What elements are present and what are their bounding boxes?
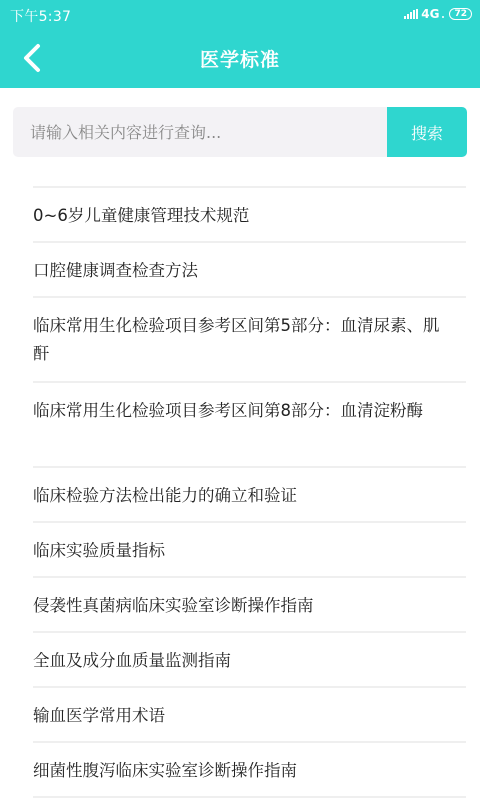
- status-bar: 下午5:37 4G 72: [0, 0, 480, 30]
- list-item-label: 侵袭性真菌病临床实验室诊断操作指南: [33, 592, 466, 620]
- search-button[interactable]: 搜索: [387, 107, 467, 157]
- list-item[interactable]: 临床实验质量指标: [33, 523, 466, 578]
- signal-icon: [404, 9, 418, 19]
- list-item-label: 口腔健康调查检查方法: [33, 257, 466, 285]
- search-input[interactable]: [13, 107, 387, 157]
- list-item-label: 临床常用生化检验项目参考区间第8部分：血清淀粉酶: [33, 397, 466, 425]
- network-type: 4G: [421, 7, 439, 21]
- standards-list: 0~6岁儿童健康管理技术规范 口腔健康调查检查方法 临床常用生化检验项目参考区间…: [33, 186, 466, 798]
- page-title: 医学标准: [0, 45, 480, 72]
- status-time: 下午5:37: [10, 6, 71, 26]
- list-item[interactable]: 临床检验方法检出能力的确立和验证: [33, 468, 466, 523]
- network-activity-icon: [442, 16, 444, 18]
- list-item[interactable]: 临床常用生化检验项目参考区间第5部分：血清尿素、肌酐: [33, 298, 466, 383]
- list-item[interactable]: 侵袭性真菌病临床实验室诊断操作指南: [33, 578, 466, 633]
- list-item-label: 全血及成分血质量监测指南: [33, 647, 466, 675]
- status-indicators: 4G 72: [404, 7, 472, 21]
- list-item-label: 临床检验方法检出能力的确立和验证: [33, 482, 466, 510]
- list-item-label: 细菌性腹泻临床实验室诊断操作指南: [33, 757, 466, 785]
- list-item-label: 0~6岁儿童健康管理技术规范: [33, 202, 466, 230]
- list-item[interactable]: 口腔健康调查检查方法: [33, 243, 466, 298]
- list-item[interactable]: 输血医学常用术语: [33, 688, 466, 743]
- list-item[interactable]: 0~6岁儿童健康管理技术规范: [33, 188, 466, 243]
- list-item-label: 临床常用生化检验项目参考区间第5部分：血清尿素、肌酐: [33, 312, 466, 368]
- search-bar: 搜索: [13, 107, 467, 157]
- battery-level: 72: [454, 9, 467, 19]
- list-item-label: 输血医学常用术语: [33, 702, 466, 730]
- list-item-label: 临床实验质量指标: [33, 537, 466, 565]
- list-item[interactable]: 全血及成分血质量监测指南: [33, 633, 466, 688]
- list-item[interactable]: 细菌性腹泻临床实验室诊断操作指南: [33, 743, 466, 798]
- list-item[interactable]: 临床常用生化检验项目参考区间第8部分：血清淀粉酶: [33, 383, 466, 468]
- navigation-bar: 医学标准: [0, 30, 480, 88]
- app-header: 下午5:37 4G 72 医学标准: [0, 0, 480, 88]
- battery-icon: 72: [449, 8, 472, 20]
